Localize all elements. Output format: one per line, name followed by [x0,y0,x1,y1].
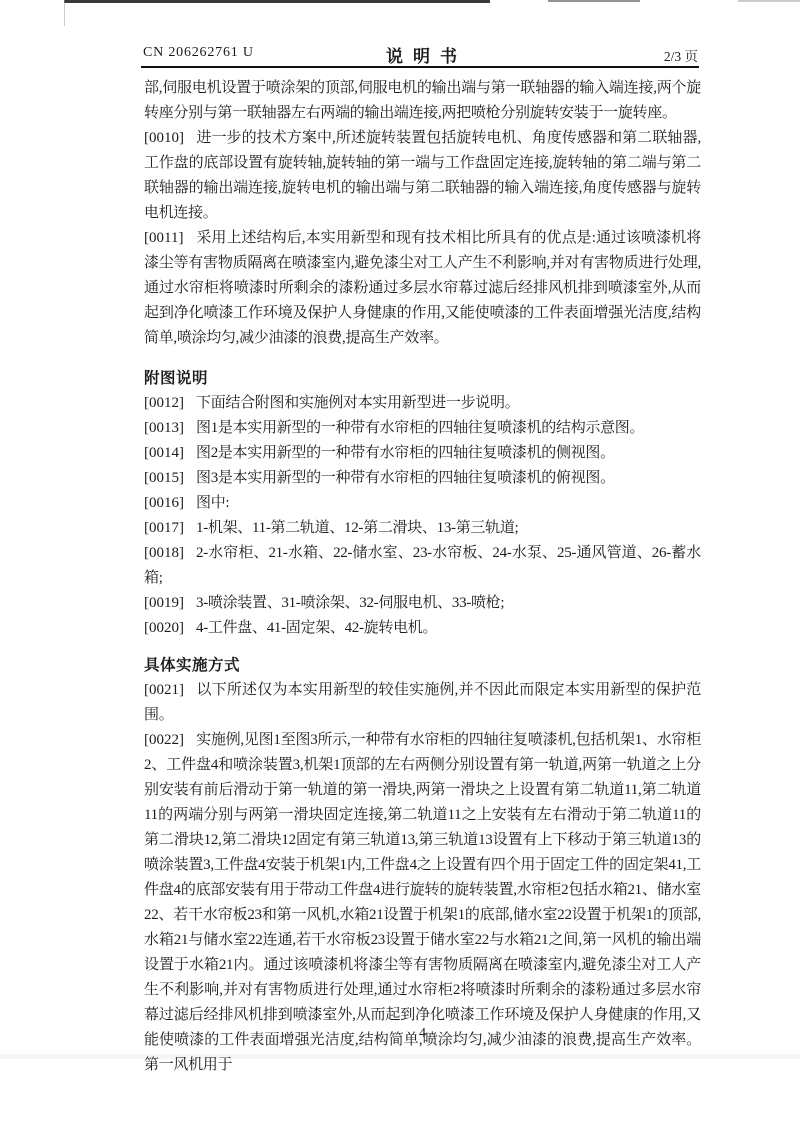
paragraph-text: 图中: [196,495,229,511]
paragraph-0015: [0015]图3是本实用新型的一种带有水帘柜的四轴往复喷漆机的俯视图。 [144,466,701,491]
paragraph-0013: [0013]图1是本实用新型的一种带有水帘柜的四轴往复喷漆机的结构示意图。 [144,416,701,441]
paragraph-continued: 部,伺服电机设置于喷涂架的顶部,伺服电机的输出端与第一联轴器的输入端连接,两个旋… [144,76,701,126]
paragraph-number: [0012] [144,391,196,416]
document-title: 说明书 [143,42,700,67]
paragraph-text: 下面结合附图和实施例对本实用新型进一步说明。 [196,395,519,411]
paragraph-0010: [0010]进一步的技术方案中,所述旋转装置包括旋转电机、角度传感器和第二联轴器… [144,126,701,226]
paragraph-text: 进一步的技术方案中,所述旋转装置包括旋转电机、角度传感器和第二联轴器,工作盘的底… [144,130,701,221]
paragraph-0011: [0011]采用上述结构后,本实用新型和现有技术相比所具有的优点是:通过该喷漆机… [144,226,701,351]
paragraph-text: 以下所述仅为本实用新型的较佳实施例,并不因此而限定本实用新型的保护范围。 [144,682,701,723]
paragraph-text: 图2是本实用新型的一种带有水帘柜的四轴往复喷漆机的侧视图。 [196,445,615,461]
section-heading-implementation: 具体实施方式 [144,653,701,678]
paragraph-text: 4-工件盘、41-固定架、42-旋转电机。 [196,620,437,636]
paragraph-number: [0021] [144,678,196,703]
header-rule [141,66,699,68]
paragraph-number: [0018] [144,541,196,566]
document-body: 部,伺服电机设置于喷涂架的顶部,伺服电机的输出端与第一联轴器的输入端连接,两个旋… [144,76,701,1078]
paragraph-number: [0022] [144,728,196,753]
section-heading-figures: 附图说明 [144,366,701,391]
page-number: 4 [419,1026,426,1041]
paragraph-number: [0011] [144,226,196,251]
scan-edge-mark [64,0,490,3]
paragraph-0016: [0016]图中: [144,491,701,516]
paragraph-text: 3-喷涂装置、31-喷涂架、32-伺服电机、33-喷枪; [196,595,504,611]
scan-edge-mark [548,0,640,2]
paragraph-text: 实施例,见图1至图3所示,一种带有水帘柜的四轴往复喷漆机,包括机架1、水帘柜2、… [144,732,701,1073]
paragraph-number: [0019] [144,591,196,616]
paragraph-0014: [0014]图2是本实用新型的一种带有水帘柜的四轴往复喷漆机的侧视图。 [144,441,701,466]
paragraph-text: 2-水帘柜、21-水箱、22-储水室、23-水帘板、24-水泵、25-通风管道、… [144,545,701,586]
paragraph-0012: [0012]下面结合附图和实施例对本实用新型进一步说明。 [144,391,701,416]
page-header: CN 206262761 U 说明书 2/3 页 [143,42,700,64]
paragraph-number: [0015] [144,466,196,491]
page-indicator: 2/3 页 [664,45,698,65]
paragraph-number: [0020] [144,616,196,641]
paragraph-number: [0016] [144,491,196,516]
paragraph-number: [0017] [144,516,196,541]
paragraph-0019: [0019]3-喷涂装置、31-喷涂架、32-伺服电机、33-喷枪; [144,591,701,616]
paragraph-0018: [0018]2-水帘柜、21-水箱、22-储水室、23-水帘板、24-水泵、25… [144,541,701,591]
paragraph-number: [0014] [144,441,196,466]
paragraph-text: 1-机架、11-第二轨道、12-第二滑块、13-第三轨道; [196,520,518,536]
paragraph-0017: [0017]1-机架、11-第二轨道、12-第二滑块、13-第三轨道; [144,516,701,541]
paragraph-text: 图3是本实用新型的一种带有水帘柜的四轴往复喷漆机的俯视图。 [196,470,615,486]
paragraph-number: [0010] [144,126,196,151]
paragraph-0020: [0020]4-工件盘、41-固定架、42-旋转电机。 [144,616,701,641]
paragraph-0021: [0021]以下所述仅为本实用新型的较佳实施例,并不因此而限定本实用新型的保护范… [144,678,701,728]
paragraph-text: 采用上述结构后,本实用新型和现有技术相比所具有的优点是:通过该喷漆机将漆尘等有害… [144,230,701,346]
paragraph-text: 图1是本实用新型的一种带有水帘柜的四轴往复喷漆机的结构示意图。 [196,420,644,436]
patent-specification-page: CN 206262761 U 说明书 2/3 页 部,伺服电机设置于喷涂架的顶部… [0,0,800,1132]
scan-edge-tick [64,0,65,26]
paragraph-number: [0013] [144,416,196,441]
page-footer: 4 [144,1024,701,1042]
scan-edge-mark [738,0,800,2]
